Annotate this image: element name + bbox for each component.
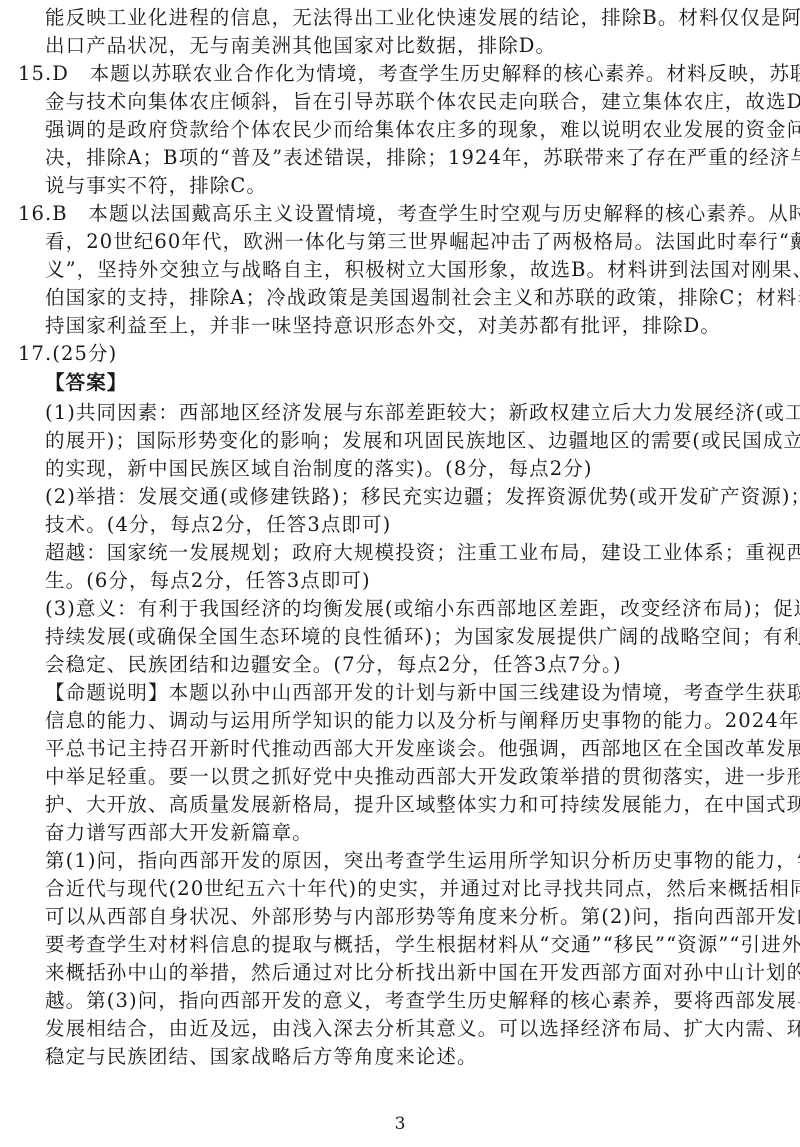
q15-answer-line-1: 15.D 本题以苏联农业合作化为情境，考查学生历史解释的核心素养。材料反映，苏联… [18,60,783,88]
analysis-line-5: 来概括孙中山的举措，然后通过对比分析找出新中国在开发西部方面对孙中山计划的全面超 [45,959,783,987]
q17-part2-line-2: 技术。(4分，每点2分，任答3点即可) [45,511,783,539]
q16-answer-line-1: 16.B 本题以法国戴高乐主义设置情境，考查学生时空观与历史解释的核心素养。从时… [18,200,783,228]
page-number: 3 [0,1112,800,1136]
q16-explanation-line-3: 义”，坚持外交独立与战略自主，积极树立大国形象，故选B。材料讲到法国对刚果、拉美… [45,256,783,284]
q14-explanation-line-2: 出口产品状况，无与南美洲其他国家对比数据，排除D。 [45,32,783,60]
q17-part3-line-2: 持续发展(或确保全国生态环境的良性循环)；为国家发展提供广阔的战略空间；有利于保… [45,623,783,651]
analysis-line-8: 稳定与民族团结、国家战略后方等角度来论述。 [45,1043,783,1071]
proposition-note-line-2: 信息的能力、调动与运用所学知识的能力以及分析与阐释历史事物的能力。2024年4月… [45,707,783,735]
q15-explanation-line-4: 决，排除A；B项的“普及”表述错误，排除；1924年，苏联带来了存在严重的经济与… [45,144,783,172]
q16-explanation-line-4: 伯国家的支持，排除A；冷战政策是美国遏制社会主义和苏联的政策，排除C；材料表明法… [45,284,783,312]
q17-part2-line-1: (2)举措：发展交通(或修建铁路)；移民充实边疆；发挥资源优势(或开发矿产资源)… [45,483,783,511]
q17-part3-line-3: 会稳定、民族团结和边疆安全。(7分，每点2分，任答3点7分。) [45,651,783,679]
q15-explanation-line-5: 说与事实不符，排除C。 [45,172,783,200]
q15-explanation-line-3: 强调的是政府贷款给个体农民少而给集体农庄多的现象，难以说明农业发展的资金问题得到… [45,116,783,144]
q17-header: 17.(25分) [18,340,783,368]
proposition-note-line-3: 平总书记主持召开新时代推动西部大开发座谈会。他强调，西部地区在全国改革发展稳定大… [45,735,783,763]
proposition-note-line-1: 【命题说明】本题以孙中山西部开发的计划与新中国三线建设为情境，考查学生获取与概括… [45,679,783,707]
analysis-line-3: 可以从西部自身状况、外部形势与内部形势等角度来分析。第(2)问，指向西部开发的举… [45,903,783,931]
q16-explanation-line-2: 看，20世纪60年代，欧洲一体化与第三世界崛起冲击了两极格局。法国此时奉行“戴高… [45,228,783,256]
q17-part2-surpass-line-1: 超越：国家统一发展规划；政府大规模投资；注重工业布局，建设工业体系；重视西部地区… [45,539,783,567]
proposition-note-line-6: 奋力谱写西部大开发新篇章。 [45,819,783,847]
q15-explanation-line-2: 金与技术向集体农庄倾斜，旨在引导苏联个体农民走向联合，建立集体农庄，故选D。试题… [45,88,783,116]
proposition-note-line-4: 中举足轻重。要一以贯之抓好党中央推动西部大开发政策举措的贯彻落实，进一步形成大保 [45,763,783,791]
analysis-line-6: 越。第(3)问，指向西部开发的意义，考查学生历史解释的核心素养，要将西部发展与整… [45,987,783,1015]
q14-explanation-line-1: 能反映工业化进程的信息，无法得出工业化快速发展的结论，排除B。材料仅仅是阿根廷本… [45,4,783,32]
q17-part3-line-1: (3)意义：有利于我国经济的均衡发展(或缩小东西部地区差距，改变经济布局)；促进… [45,595,783,623]
q17-part2-surpass-line-2: 生。(6分，每点2分，任答3点即可) [45,567,783,595]
analysis-line-7: 发展相结合，由近及远，由浅入深去分析其意义。可以选择经济布局、扩大内需、环境保护… [45,1015,783,1043]
q17-part1-line-1: (1)共同因素：西部地区经济发展与东部差距较大；新政权建立后大力发展经济(或工业… [45,399,783,427]
q16-explanation-line-5: 持国家利益至上，并非一味坚持意识形态外交，对美苏都有批评，排除D。 [45,312,783,340]
q17-part1-line-3: 的实现，新中国民族区域自治制度的落实)。(8分，每点2分) [45,455,783,483]
proposition-note-line-5: 护、大开放、高质量发展新格局，提升区域整体实力和可持续发展能力，在中国式现代化建… [45,791,783,819]
answer-heading: 【答案】 [45,369,783,397]
analysis-line-1: 第(1)问，指向西部开发的原因，突出考查学生运用所学知识分析历史事物的能力，学生… [45,847,783,875]
analysis-line-4: 要考查学生对材料信息的提取与概括，学生根据材料从“交通”“移民”“资源”“引进外… [45,931,783,959]
q17-part1-line-2: 的展开)；国际形势变化的影响；发展和巩固民族地区、边疆地区的需要(或民国成立与五… [45,427,783,455]
analysis-line-2: 合近代与现代(20世纪五六十年代)的史实，并通过对比寻找共同点，然后来概括相同的… [45,875,783,903]
